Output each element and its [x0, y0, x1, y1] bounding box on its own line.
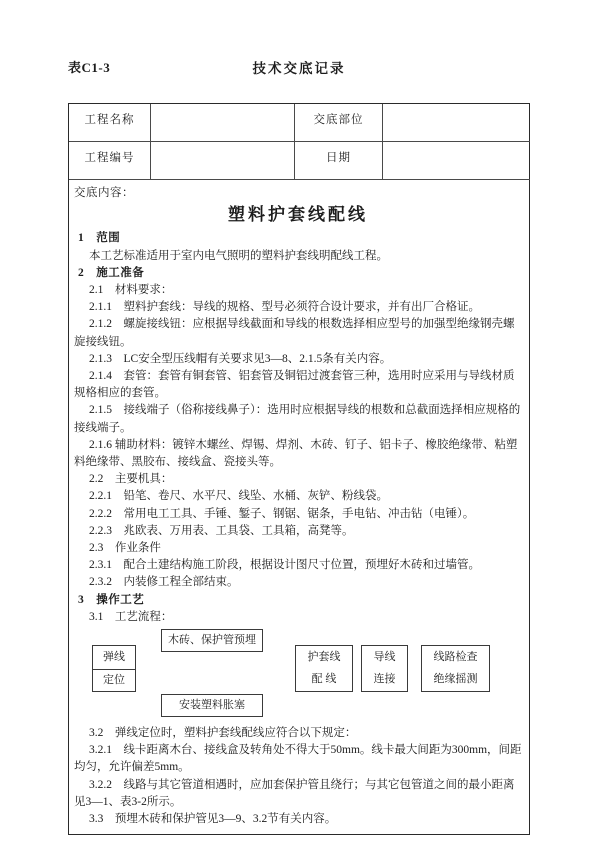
paragraph: 2.1.4 套管：套管有铜套管、铝套管及铜铝过渡套管三种，选用时应采用与导线材质… — [74, 368, 522, 402]
flow-box-install-plug: 安装塑料胀塞 — [161, 694, 263, 717]
paragraph: 2.1.5 接线端子（俗称接线鼻子）：选用时应根据导线的根数和总截面选择相应规格… — [74, 402, 522, 436]
disclosure-content-cell: 交底内容： 塑料护套线配线 1 范围 本工艺标准适用于室内电气照明的塑料护套线明… — [69, 180, 529, 834]
paragraph: 2.1.6 辅助材料：镀锌木螺丝、焊锡、焊剂、木砖、钉子、铝卡子、橡胶绝缘带、粘… — [74, 437, 522, 471]
paragraph: 3.2 弹线定位时，塑料护套线配线应符合以下规定： — [74, 725, 522, 742]
flow-box-line: 弹线 — [93, 647, 135, 670]
paragraph: 2.3.2 内装修工程全部结束。 — [74, 574, 522, 591]
paragraph: 本工艺标准适用于室内电气照明的塑料护套线明配线工程。 — [74, 248, 522, 265]
paragraph: 2.1.1 塑料护套线：导线的规格、型号必须符合设计要求，并有出厂合格证。 — [74, 299, 522, 316]
flow-box-sheathed-wiring: 护套线 配 线 — [295, 645, 353, 692]
paragraph: 3.2.2 线路与其它管道相遇时，应加套保护管且绕行；与其它包管道之间的最小距离… — [74, 777, 522, 811]
section-heading: 3 操作工艺 — [74, 592, 522, 609]
project-name-value — [151, 104, 295, 142]
document-header: 表C1-3 技术交底记录 — [68, 57, 530, 77]
flow-box-line: 护套线 — [296, 647, 352, 669]
paragraph: 2.2 主要机具： — [74, 471, 522, 488]
form-row-1: 工程名称 交底部位 — [69, 104, 529, 142]
paragraph: 2.1 材料要求： — [74, 282, 522, 299]
paragraph: 2.3 作业条件 — [74, 540, 522, 557]
disclosure-part-label: 交底部位 — [295, 104, 383, 142]
record-title: 技术交底记录 — [68, 57, 530, 77]
flow-box-snap-line-positioning: 弹线 定位 — [92, 645, 136, 692]
flow-box-line: 配 线 — [296, 669, 352, 691]
flow-box-wire-connection: 导线 连接 — [361, 645, 408, 692]
flow-box-line: 线路检查 — [422, 647, 489, 669]
disclosure-part-value — [383, 104, 530, 142]
paragraph: 2.3.1 配合土建结构施工阶段，根据设计图尺寸位置，预埋好木砖和过墙管。 — [74, 557, 522, 574]
flow-box-line-check-insulation-test: 线路检查 绝缘摇测 — [421, 645, 490, 692]
paragraph: 3.3 预埋木砖和保护管见3—9、3.2节有关内容。 — [74, 811, 522, 828]
paragraph: 2.2.2 常用电工工具、手锤、錾子、钢锯、锯条，手电钻、冲击钻（电锤）。 — [74, 506, 522, 523]
disclosure-form-table: 工程名称 交底部位 工程编号 日期 交底内容： 塑料护套线配线 1 范围 本工艺… — [68, 103, 530, 835]
flow-box-pre-embed: 木砖、保护管预埋 — [161, 629, 263, 652]
paragraph: 3.2.1 线卡距离木台、接线盒及转角处不得大于50mm。线卡最大间距为300m… — [74, 742, 522, 776]
paragraph: 3.1 工艺流程： — [74, 609, 522, 626]
flow-box-line: 定位 — [93, 670, 135, 692]
section-heading: 2 施工准备 — [74, 265, 522, 282]
section-heading: 1 范围 — [74, 230, 522, 247]
paragraph: 2.2.3 兆欧表、万用表、工具袋、工具箱，高凳等。 — [74, 523, 522, 540]
date-label: 日期 — [295, 142, 383, 180]
flow-box-line: 连接 — [362, 669, 407, 691]
flow-box-line: 绝缘摇测 — [422, 669, 489, 691]
process-flowchart: 木砖、保护管预埋 弹线 定位 安装塑料胀塞 护套线 配 线 导线 连接 线路检查… — [74, 629, 522, 723]
paragraph: 2.2.1 铅笔、卷尺、水平尺、线坠、水桶、灰铲、粉线袋。 — [74, 488, 522, 505]
date-value — [383, 142, 530, 180]
project-number-value — [151, 142, 295, 180]
flow-box-line: 导线 — [362, 647, 407, 669]
project-name-label: 工程名称 — [69, 104, 151, 142]
form-row-2: 工程编号 日期 — [69, 142, 529, 180]
paragraph: 2.1.3 LC安全型压线帽有关要求见3—8、2.1.5条有关内容。 — [74, 351, 522, 368]
content-label: 交底内容： — [74, 185, 522, 202]
document-page: 表C1-3 技术交底记录 工程名称 交底部位 工程编号 日期 交底内容： 塑料护… — [0, 0, 595, 842]
paragraph: 2.1.2 螺旋接线钮：应根据导线截面和导线的根数选择相应型号的加强型绝缘钢壳螺… — [74, 316, 522, 350]
project-number-label: 工程编号 — [69, 142, 151, 180]
page-title: 塑料护套线配线 — [74, 206, 522, 223]
